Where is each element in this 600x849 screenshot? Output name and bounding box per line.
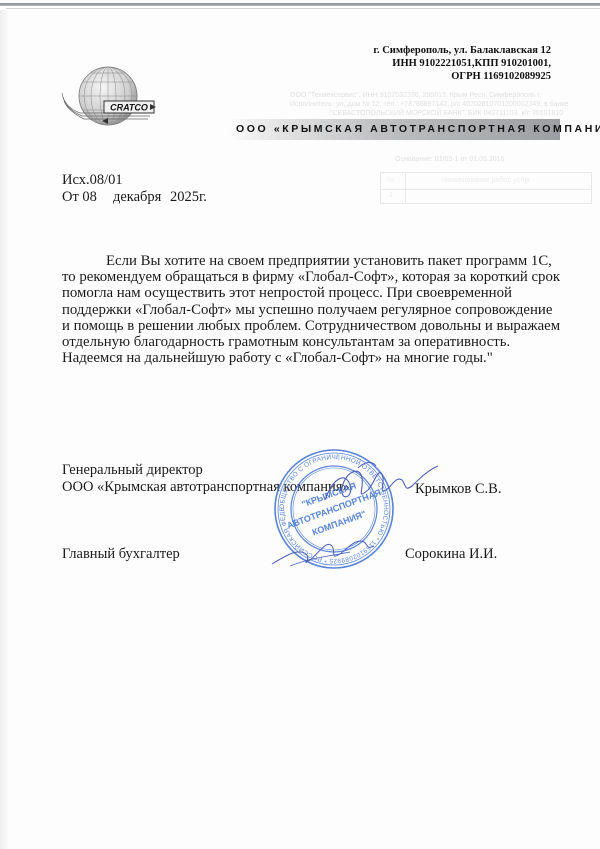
date-year: 2025г.	[170, 189, 207, 205]
show-through-line: ООО "Техмехсервис", ИНН 9102032336, 2950…	[290, 92, 541, 99]
recommendation-paragraph: Если Вы хотите на своем предприятии уста…	[62, 253, 562, 366]
company-globe-logo-icon: CRATCO	[60, 63, 160, 127]
tax-id-line: ИНН 9102221051,КПП 910201001,	[373, 57, 551, 70]
top-border-thin	[6, 8, 600, 9]
show-through-cell: №	[387, 177, 395, 184]
company-address: г. Симферополь, ул. Балаклавская 12 ИНН …	[373, 44, 551, 83]
show-through-line: "СЕВАСТОПОЛЬСКИЙ МОРСКОЙ БАНК", БИК 0437…	[330, 110, 563, 117]
accountant-title: Главный бухгалтер	[62, 546, 180, 563]
show-through-cell: 1	[389, 192, 393, 199]
director-signature-icon	[320, 460, 440, 510]
company-name-banner: ООО «КРЫМСКАЯ АВТОТРАНСПОРТНАЯ КОМПАНИЯ»	[236, 123, 600, 135]
accountant-signature-icon	[270, 530, 380, 570]
date-month: декабря	[113, 189, 161, 205]
letter-body: Если Вы хотите на своем предприятии уста…	[62, 253, 562, 366]
letter-date: От 08декабря 2025г.	[62, 189, 207, 206]
address-line: г. Симферополь, ул. Балаклавская 12	[373, 44, 551, 57]
logo-wordmark: CRATCO	[110, 103, 148, 113]
outgoing-number: Исх.08/01	[62, 172, 207, 189]
date-day: От 08	[62, 189, 97, 205]
registration-number-line: ОГРН 1169102089925	[373, 70, 551, 83]
top-border	[0, 3, 600, 6]
show-through-line: Основание: 01/05-1 от 01.05.2016	[395, 156, 504, 163]
accountant-name: Сорокина И.И.	[405, 546, 497, 563]
show-through-cell: Наименование работ, услуг	[441, 177, 530, 184]
show-through-table: № Наименование работ, услуг 1	[380, 172, 592, 204]
letter-reference: Исх.08/01 От 08декабря 2025г.	[62, 172, 207, 206]
scan-edge-shadow	[0, 10, 8, 849]
show-through-line: Исполнитель: ул, дом № 12, тел.: +787888…	[290, 101, 568, 108]
